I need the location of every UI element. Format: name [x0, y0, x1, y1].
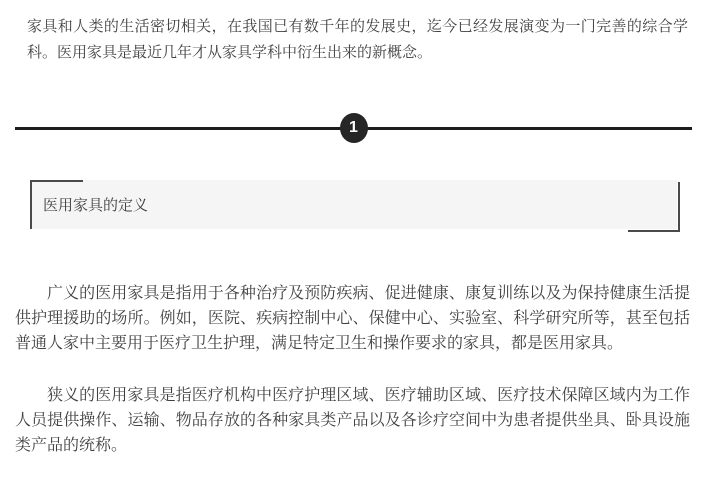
section-title-box: 医用家具的定义 [30, 180, 677, 229]
title-box-top-corner [30, 180, 83, 182]
title-box-left-border [30, 180, 32, 229]
body-paragraph: 广义的医用家具是指用于各种治疗及预防疾病、促进健康、康复训练以及为保持健康生活提… [15, 281, 690, 356]
section-divider: 1 [15, 113, 692, 143]
title-box-bottom-corner [628, 230, 680, 232]
section-title: 医用家具的定义 [43, 194, 148, 215]
intro-paragraph: 家具和人类的生活密切相关，在我国已有数千年的发展史，迄今已经发展演变为一门完善的… [27, 14, 688, 66]
section-number-badge: 1 [340, 113, 368, 143]
body-paragraph: 狭义的医用家具是指医疗机构中医疗护理区域、医疗辅助区域、医疗技术保障区域内为工作… [15, 383, 690, 458]
article-page: 家具和人类的生活密切相关，在我国已有数千年的发展史，迄今已经发展演变为一门完善的… [0, 14, 710, 458]
title-box-right-border [678, 182, 680, 232]
